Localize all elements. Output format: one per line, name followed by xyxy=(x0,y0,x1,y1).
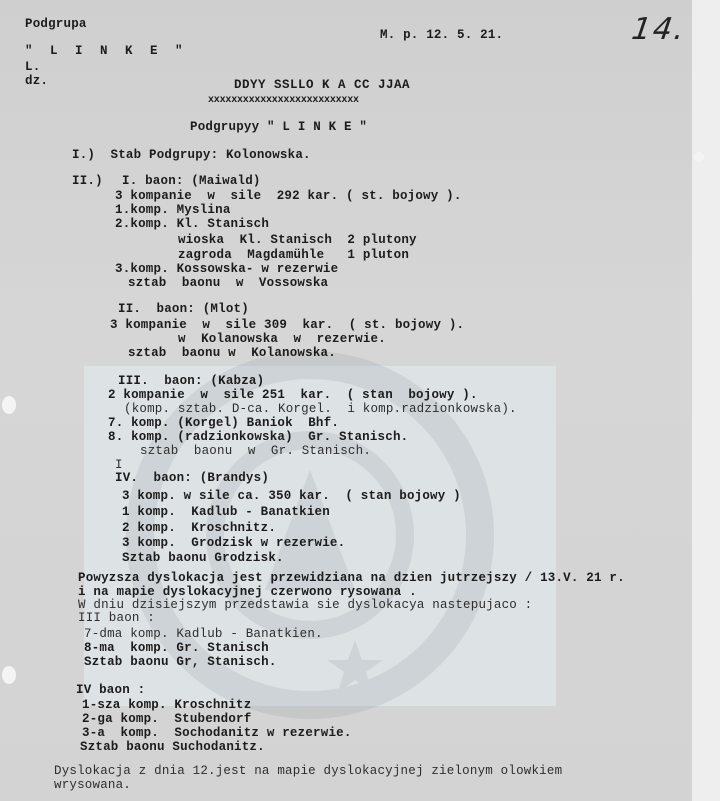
battalion-line: I xyxy=(115,458,123,472)
punch-hole xyxy=(2,396,16,414)
unit-name: " L I N K E " xyxy=(25,44,188,58)
ref-l: L. xyxy=(25,60,40,74)
title-underline: xxxxxxxxxxxxxxxxxxxxxxxxxx xyxy=(208,94,359,108)
section-battalions-label: II.) xyxy=(72,174,103,188)
punch-hole xyxy=(2,666,16,684)
battalion-heading: I. baon: (Maiwald) xyxy=(122,174,261,188)
battalion-line: sztab baonu w Kolanowska. xyxy=(128,346,336,360)
battalion-line: 1 komp. Kadlub - Banatkien xyxy=(122,505,330,519)
battalion-line: 3 komp. Grodzisk w rezerwie. xyxy=(122,536,345,550)
note-line: 2-ga komp. Stubendorf xyxy=(82,712,251,726)
battalion-line: sztab baonu w Vossowska xyxy=(128,276,328,290)
note-line: Powyzsza dyslokacja jest przewidziana na… xyxy=(78,571,625,585)
note-line: i na mapie dyslokacyjnej czerwono rysowa… xyxy=(78,585,417,599)
battalion-line: w Kolanowska w rezerwie. xyxy=(178,332,386,346)
note-line: Sztab baonu Suchodanitz. xyxy=(80,740,265,754)
battalion-heading: III. baon: (Kabza) xyxy=(118,374,264,388)
battalion-line: 3 kompanie w sile 292 kar. ( st. bojowy … xyxy=(115,189,462,203)
page-number: 14. xyxy=(630,12,689,47)
battalion-line: 3 komp. w sile ca. 350 kar. ( stan bojow… xyxy=(122,489,461,503)
scan-margin xyxy=(692,0,720,801)
battalion-line: Sztab baonu Grodzisk. xyxy=(122,551,284,565)
battalion-line: zagroda Magdamühle 1 pluton xyxy=(178,248,409,262)
note-line: W dniu dzisiejszym przedstawia sie dyslo… xyxy=(78,598,532,612)
battalion-line: 3 kompanie w sile 309 kar. ( st. bojowy … xyxy=(110,318,464,332)
place-date: M. p. 12. 5. 21. xyxy=(380,28,503,42)
note-line: 7-dma komp. Kadlub - Banatkien. xyxy=(84,627,323,641)
document-title: DDYY SSLLO K A CC JJAA xyxy=(234,78,410,92)
punch-hole xyxy=(694,152,704,162)
battalion-heading: IV. baon: (Brandys) xyxy=(115,471,269,485)
section-staff: I.) Stab Podgrupy: Kolonowska. xyxy=(72,148,311,162)
battalion-heading: II. baon: (Mlot) xyxy=(118,302,249,316)
note-heading: IV baon : xyxy=(76,683,145,697)
note-line: Sztab baonu Gr, Stanisch. xyxy=(84,655,277,669)
battalion-line: 2 komp. Kroschnitz. xyxy=(122,521,276,535)
battalion-line: 8. komp. (radzionkowska) Gr. Stanisch. xyxy=(108,430,408,444)
battalion-line: wioska Kl. Stanisch 2 plutony xyxy=(178,233,417,247)
battalion-line: 2.komp. Kl. Stanisch xyxy=(115,217,269,231)
battalion-line: 3.komp. Kossowska- w rezerwie xyxy=(115,262,338,276)
note-line: 1-sza komp. Kroschnitz xyxy=(82,698,251,712)
note-heading: III baon : xyxy=(78,611,155,625)
battalion-line: 2 kompanie w sile 251 kar. ( stan bojowy… xyxy=(108,388,478,402)
unit-label: Podgrupa xyxy=(25,17,87,31)
note-line: Dyslokacja z dnia 12.jest na mapie dyslo… xyxy=(54,764,562,778)
battalion-line: 1.komp. Myslina xyxy=(115,203,231,217)
battalion-line: (komp. sztab. D-ca. Korgel. i komp.radzi… xyxy=(124,402,517,416)
battalion-line: sztab baonu w Gr. Stanisch. xyxy=(140,444,371,458)
note-line: wrysowana. xyxy=(54,778,131,792)
document-subtitle: Podgrupyy " L I N K E " xyxy=(190,120,367,134)
battalion-line: 7. komp. (Korgel) Baniok Bhf. xyxy=(108,416,339,430)
note-line: 3-a komp. Sochodanitz w rezerwie. xyxy=(82,726,352,740)
note-line: 8-ma komp. Gr. Stanisch xyxy=(84,641,269,655)
ref-dz: dz. xyxy=(25,74,48,88)
